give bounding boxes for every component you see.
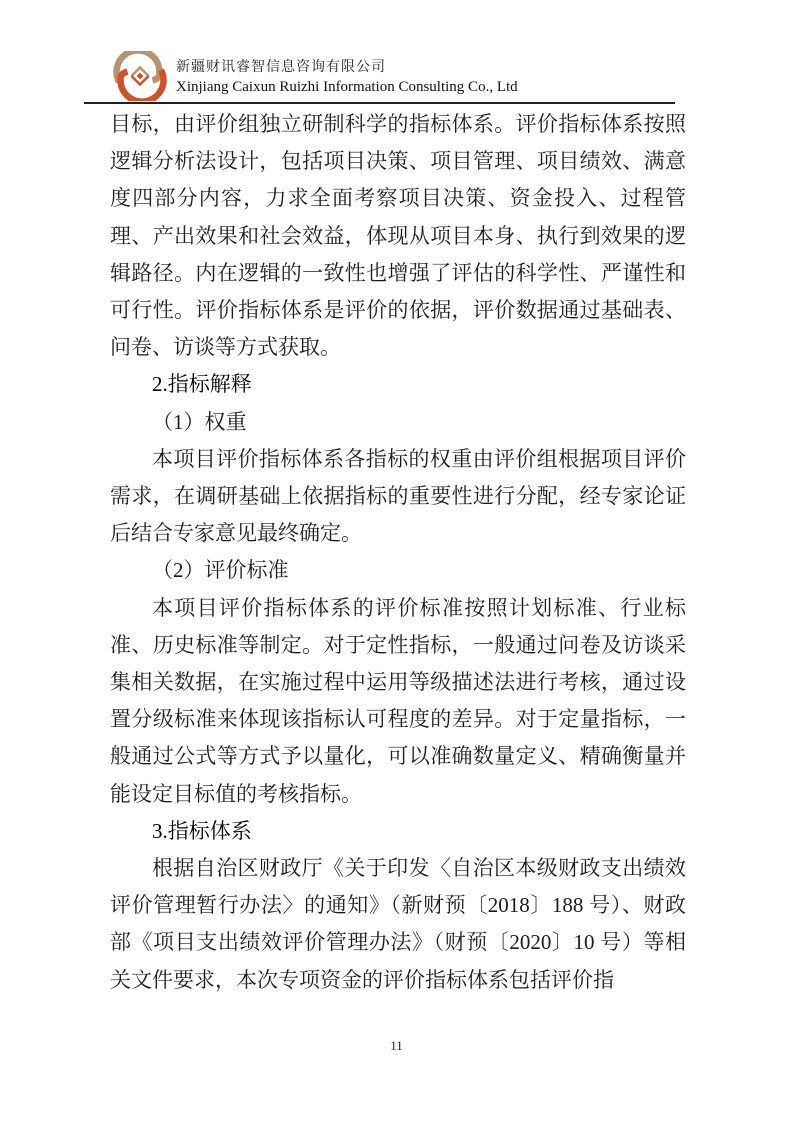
company-name-en: Xinjiang Caixun Ruizhi Information Consu… xyxy=(176,79,518,96)
section-heading-3: 3.指标体系 xyxy=(110,813,686,850)
section-heading-2: 2.指标解释 xyxy=(110,366,686,403)
coin-diamond-swirl-icon xyxy=(113,51,167,101)
page-number: 11 xyxy=(390,1038,403,1053)
header-divider xyxy=(84,102,675,104)
subheading-standard: （2）评价标准 xyxy=(110,552,686,589)
paragraph-weight: 本项目评价指标体系各指标的权重由评价组根据项目评价需求，在调研基础上依据指标的重… xyxy=(110,441,686,553)
company-name-zh: 新疆财讯睿智信息咨询有限公司 xyxy=(176,56,386,76)
paragraph-continuation: 目标，由评价组独立研制科学的指标体系。评价指标体系按照逻辑分析法设计，包括项目决… xyxy=(110,106,686,366)
page-footer: 11 xyxy=(0,1038,793,1054)
document-body: 目标，由评价组独立研制科学的指标体系。评价指标体系按照逻辑分析法设计，包括项目决… xyxy=(110,106,686,999)
paragraph-system: 根据自治区财政厅《关于印发〈自治区本级财政支出绩效评价管理暂行办法〉的通知》（新… xyxy=(110,850,686,999)
company-logo xyxy=(113,51,167,101)
document-page: 新疆财讯睿智信息咨询有限公司 Xinjiang Caixun Ruizhi In… xyxy=(0,0,793,1122)
subheading-weight: （1）权重 xyxy=(110,404,686,441)
paragraph-standard: 本项目评价指标体系的评价标准按照计划标准、行业标准、历史标准等制定。对于定性指标… xyxy=(110,590,686,813)
